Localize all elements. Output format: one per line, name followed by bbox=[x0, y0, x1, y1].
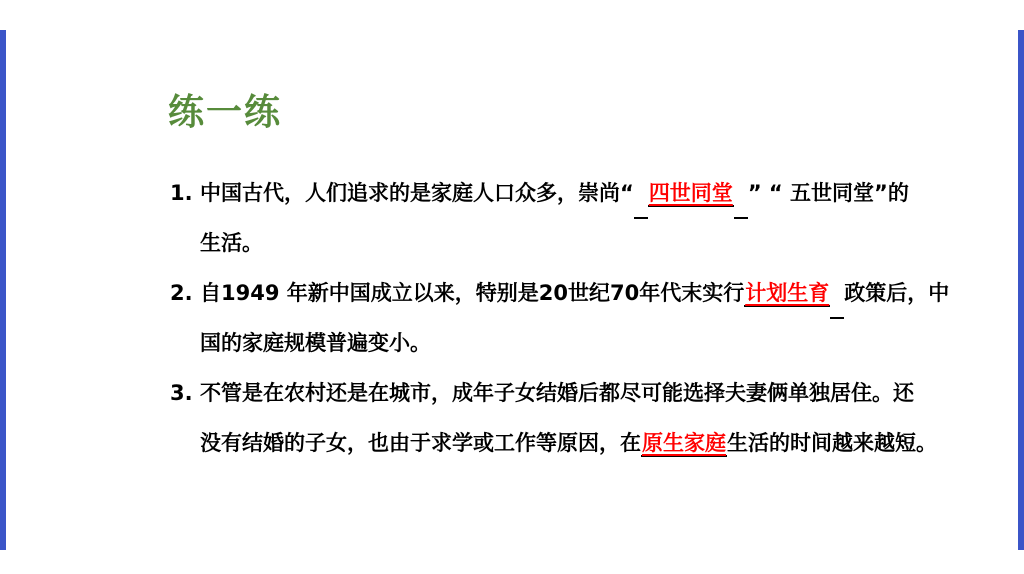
text-segment: 中国古代，人们追求的是家庭人口众多，崇尚“ bbox=[200, 181, 634, 205]
item-line: 不管是在农村还是在城市，成年子女结婚后都尽可能选择夫妻俩单独居住。还 bbox=[200, 368, 970, 418]
blank-segment bbox=[830, 283, 844, 319]
item-line: 生活。 bbox=[200, 218, 970, 268]
exercise-list: 1.中国古代，人们追求的是家庭人口众多，崇尚“ 四世同堂 ” “ 五世同堂”的生… bbox=[170, 168, 970, 468]
item-number: 1. bbox=[170, 168, 200, 218]
right-border-bar bbox=[1018, 30, 1024, 550]
blank-segment bbox=[634, 183, 648, 219]
blank-segment bbox=[734, 183, 748, 219]
text-segment: 国的家庭规模普遍变小。 bbox=[200, 331, 431, 355]
item-line: 中国古代，人们追求的是家庭人口众多，崇尚“ 四世同堂 ” “ 五世同堂”的 bbox=[200, 168, 970, 218]
text-segment: ” “ 五世同堂”的 bbox=[748, 181, 909, 205]
item-line: 自1949 年新中国成立以来，特别是20世纪70年代末实行计划生育 政策后，中 bbox=[200, 268, 970, 318]
text-segment: 生活。 bbox=[200, 231, 263, 255]
answer-segment: 计划生育 bbox=[744, 281, 830, 307]
answer-segment: 原生家庭 bbox=[641, 431, 727, 457]
list-item: 3.不管是在农村还是在城市，成年子女结婚后都尽可能选择夫妻俩单独居住。还没有结婚… bbox=[170, 368, 970, 468]
left-border-bar bbox=[0, 30, 6, 550]
text-segment: 不管是在农村还是在城市，成年子女结婚后都尽可能选择夫妻俩单独居住。还 bbox=[200, 381, 914, 405]
item-line: 没有结婚的子女，也由于求学或工作等原因，在原生家庭生活的时间越来越短。 bbox=[200, 418, 970, 468]
answer-segment: 四世同堂 bbox=[648, 181, 734, 207]
item-number: 3. bbox=[170, 368, 200, 418]
text-segment: 生活的时间越来越短。 bbox=[727, 431, 937, 455]
list-item: 2.自1949 年新中国成立以来，特别是20世纪70年代末实行计划生育 政策后，… bbox=[170, 268, 970, 368]
item-number: 2. bbox=[170, 268, 200, 318]
item-line: 国的家庭规模普遍变小。 bbox=[200, 318, 970, 368]
text-segment: 政策后，中 bbox=[844, 281, 949, 305]
slide: 练一练 1.中国古代，人们追求的是家庭人口众多，崇尚“ 四世同堂 ” “ 五世同… bbox=[0, 0, 1024, 574]
text-segment: 自1949 年新中国成立以来，特别是20世纪70年代末实行 bbox=[200, 281, 744, 305]
list-item: 1.中国古代，人们追求的是家庭人口众多，崇尚“ 四世同堂 ” “ 五世同堂”的生… bbox=[170, 168, 970, 268]
text-segment: 没有结婚的子女，也由于求学或工作等原因，在 bbox=[200, 431, 641, 455]
slide-title: 练一练 bbox=[168, 84, 282, 135]
